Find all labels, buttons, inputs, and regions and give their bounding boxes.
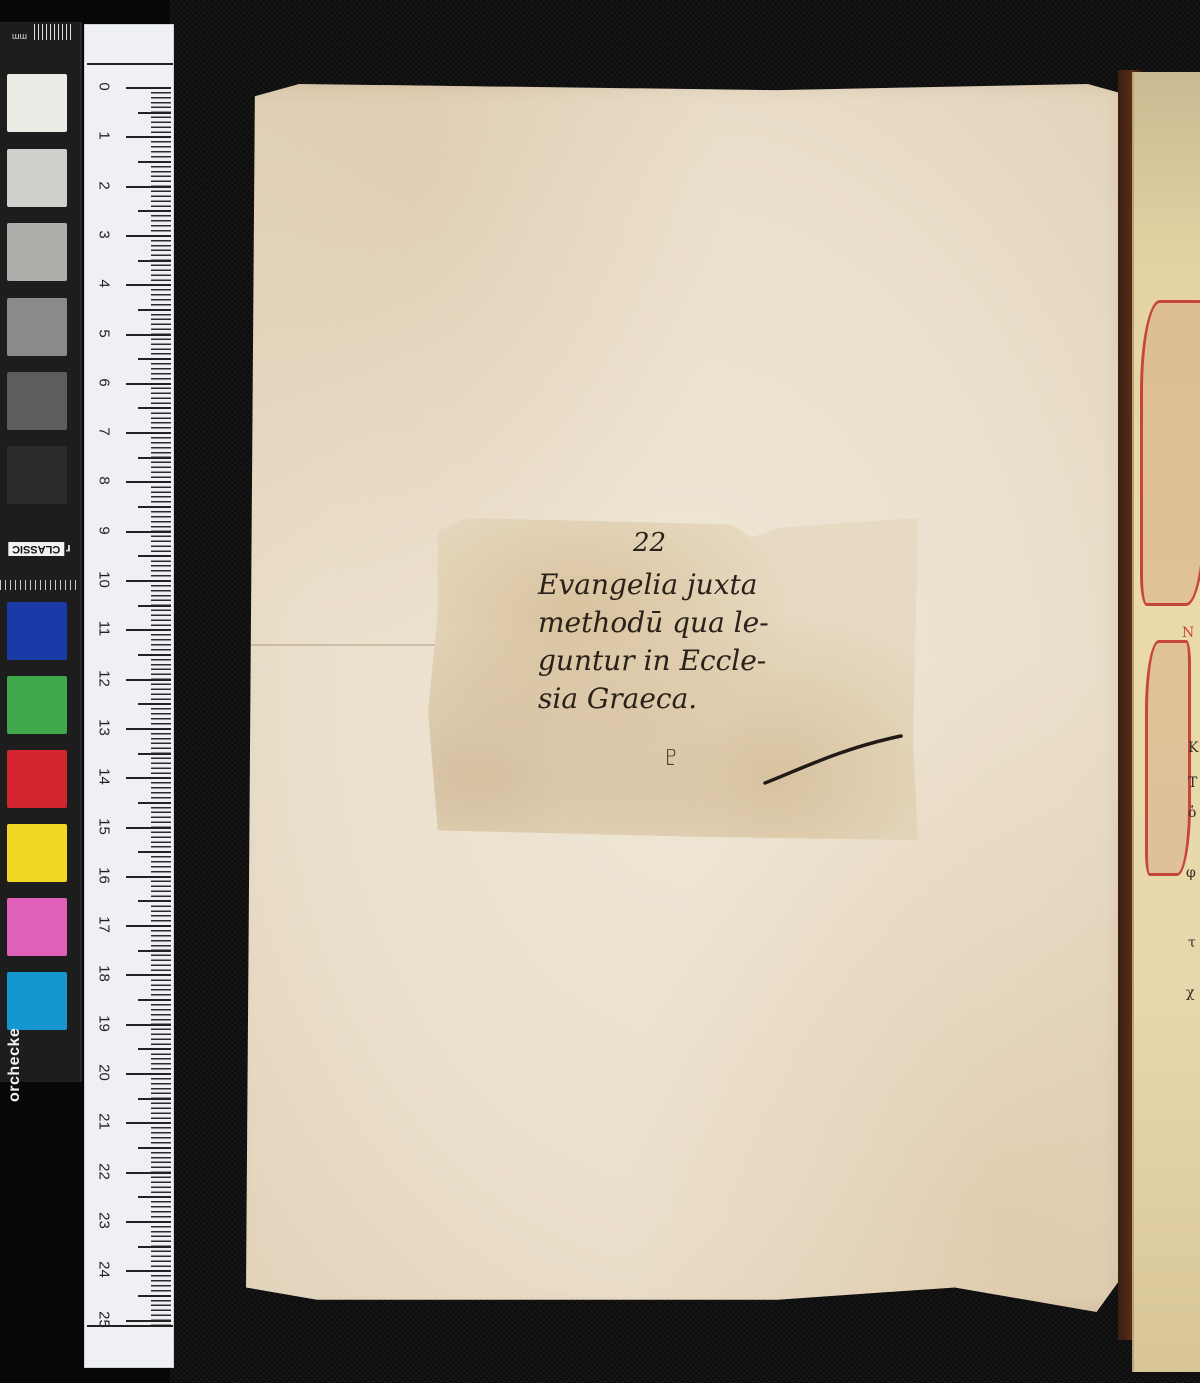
gray-swatch-2 <box>7 149 67 207</box>
illuminated-headpiece <box>1140 300 1200 606</box>
ruler-start-line <box>87 63 173 65</box>
ruler-half-tick <box>138 802 171 804</box>
gray-swatch-4 <box>7 298 67 356</box>
pen-flourish-stroke <box>763 728 903 788</box>
label-line-4: sia Graeca. <box>538 680 908 718</box>
ruler-cm-tick <box>126 334 171 336</box>
ruler-cm-label: 22 <box>96 1160 113 1182</box>
ruler-cm-label: 13 <box>96 716 113 738</box>
ruler-half-tick <box>138 112 171 114</box>
checker-brand-text: orchecke <box>6 1062 28 1102</box>
checker-mm-scale <box>34 24 74 40</box>
color-swatch-yellow <box>7 824 67 882</box>
ruler-cm-label: 9 <box>96 519 113 541</box>
ruler-cm-tick <box>126 87 171 89</box>
ruler-half-tick <box>138 851 171 853</box>
manuscript-glyph: T <box>1188 775 1197 791</box>
manuscript-glyph: ὁ <box>1188 805 1196 821</box>
ruler-cm-label: 7 <box>96 421 113 443</box>
ruler-half-tick <box>138 506 171 508</box>
ruler-cm-label: 20 <box>96 1062 113 1084</box>
ruler-cm-tick <box>126 383 171 385</box>
ruler-half-tick <box>138 753 171 755</box>
shelfmark-number: 22 <box>633 528 666 558</box>
ruler-cm-label: 12 <box>96 667 113 689</box>
ruler-half-tick <box>138 999 171 1001</box>
ruler-cm-tick <box>126 974 171 976</box>
ruler-cm-label: 4 <box>96 273 113 295</box>
manuscript-glyph: φ <box>1186 865 1196 881</box>
ruler-half-tick <box>138 605 171 607</box>
ruler-cm-tick <box>126 1320 171 1322</box>
ruler-cm-label: 0 <box>96 76 113 98</box>
ruler-cm-tick <box>126 1122 171 1124</box>
ruler-half-tick <box>138 900 171 902</box>
manuscript-glyph: N <box>1182 625 1194 641</box>
checker-brand-mark: r <box>66 542 71 556</box>
color-swatch-red <box>7 750 67 808</box>
handwritten-label-slip: 22 Evangelia juxta methodū qua le- guntu… <box>428 518 918 840</box>
ruler-cm-tick <box>126 432 171 434</box>
ruler-cm-tick <box>126 876 171 878</box>
ruler-half-tick <box>138 1295 171 1297</box>
ruler-cm-label: 14 <box>96 766 113 788</box>
ruler-cm-tick <box>126 1024 171 1026</box>
manuscript-glyph: χ <box>1186 985 1194 1001</box>
ruler-cm-tick <box>126 925 171 927</box>
ruler-half-tick <box>138 1098 171 1100</box>
ruler-cm-label: 25 <box>96 1308 113 1330</box>
ruler-cm-tick <box>126 1172 171 1174</box>
ruler-cm-tick <box>126 580 171 582</box>
gray-swatch-3 <box>7 223 67 281</box>
ruler-cm-label: 21 <box>96 1111 113 1133</box>
ruler-cm-label: 10 <box>96 569 113 591</box>
monogram-mark: ♇ <box>660 740 683 774</box>
ruler-cm-tick <box>126 531 171 533</box>
ruler-half-tick <box>138 407 171 409</box>
illuminated-initial <box>1145 640 1191 876</box>
ruler-half-tick <box>138 210 171 212</box>
ruler-cm-tick <box>126 186 171 188</box>
ruler-cm-label: 18 <box>96 963 113 985</box>
checker-mid-scale <box>0 580 80 590</box>
centimeter-ruler: 0123456789101112131415161718192021222324… <box>84 24 174 1368</box>
ruler-cm-label: 5 <box>96 322 113 344</box>
ruler-cm-tick <box>126 1073 171 1075</box>
manuscript-glyph: K <box>1188 740 1198 756</box>
ruler-cm-tick <box>126 136 171 138</box>
gray-swatch-6 <box>7 446 67 504</box>
color-swatch-cyan <box>7 972 67 1030</box>
ruler-half-tick <box>138 1246 171 1248</box>
ruler-half-tick <box>138 1196 171 1198</box>
ruler-half-tick <box>138 703 171 705</box>
ruler-cm-tick <box>126 679 171 681</box>
ruler-mm-ticks <box>151 87 171 1327</box>
ruler-cm-label: 1 <box>96 125 113 147</box>
ruler-half-tick <box>138 161 171 163</box>
ruler-cm-tick <box>126 1221 171 1223</box>
ruler-half-tick <box>138 1147 171 1149</box>
ruler-half-tick <box>138 950 171 952</box>
label-line-1: Evangelia juxta <box>538 566 908 604</box>
ruler-cm-tick <box>126 728 171 730</box>
gray-swatch-1 <box>7 74 67 132</box>
ruler-half-tick <box>138 1048 171 1050</box>
ruler-half-tick <box>138 555 171 557</box>
label-line-2: methodū qua le- <box>538 604 908 642</box>
ruler-cm-tick <box>126 629 171 631</box>
ruler-cm-tick <box>126 481 171 483</box>
gray-swatch-5 <box>7 372 67 430</box>
ruler-half-tick <box>138 309 171 311</box>
color-checker-chart: mm r CLASSIC orchecke <box>0 22 82 1082</box>
color-swatch-magenta <box>7 898 67 956</box>
label-text-block: Evangelia juxta methodū qua le- guntur i… <box>538 566 908 718</box>
ruler-cm-tick <box>126 235 171 237</box>
ruler-cm-label: 15 <box>96 815 113 837</box>
ruler-cm-label: 16 <box>96 864 113 886</box>
ruler-cm-label: 24 <box>96 1259 113 1281</box>
checker-brand-label: CLASSIC <box>8 542 64 556</box>
ruler-cm-label: 6 <box>96 371 113 393</box>
ruler-cm-tick <box>126 1270 171 1272</box>
color-swatch-blue <box>7 602 67 660</box>
manuscript-glyph: τ <box>1188 935 1196 951</box>
ruler-half-tick <box>138 457 171 459</box>
ruler-cm-label: 2 <box>96 174 113 196</box>
ruler-cm-label: 23 <box>96 1209 113 1231</box>
ruler-half-tick <box>138 260 171 262</box>
checker-mm-label: mm <box>12 32 27 42</box>
ruler-half-tick <box>138 358 171 360</box>
ruler-cm-label: 19 <box>96 1012 113 1034</box>
ruler-cm-label: 3 <box>96 223 113 245</box>
ruler-cm-tick <box>126 284 171 286</box>
ruler-half-tick <box>138 654 171 656</box>
ruler-cm-label: 11 <box>96 618 113 640</box>
ruler-cm-tick <box>126 777 171 779</box>
ruler-cm-label: 8 <box>96 470 113 492</box>
color-swatch-green <box>7 676 67 734</box>
page-fold-crease <box>246 644 436 646</box>
ruler-cm-tick <box>126 827 171 829</box>
label-line-3: guntur in Eccle- <box>538 642 908 680</box>
ruler-cm-label: 17 <box>96 914 113 936</box>
